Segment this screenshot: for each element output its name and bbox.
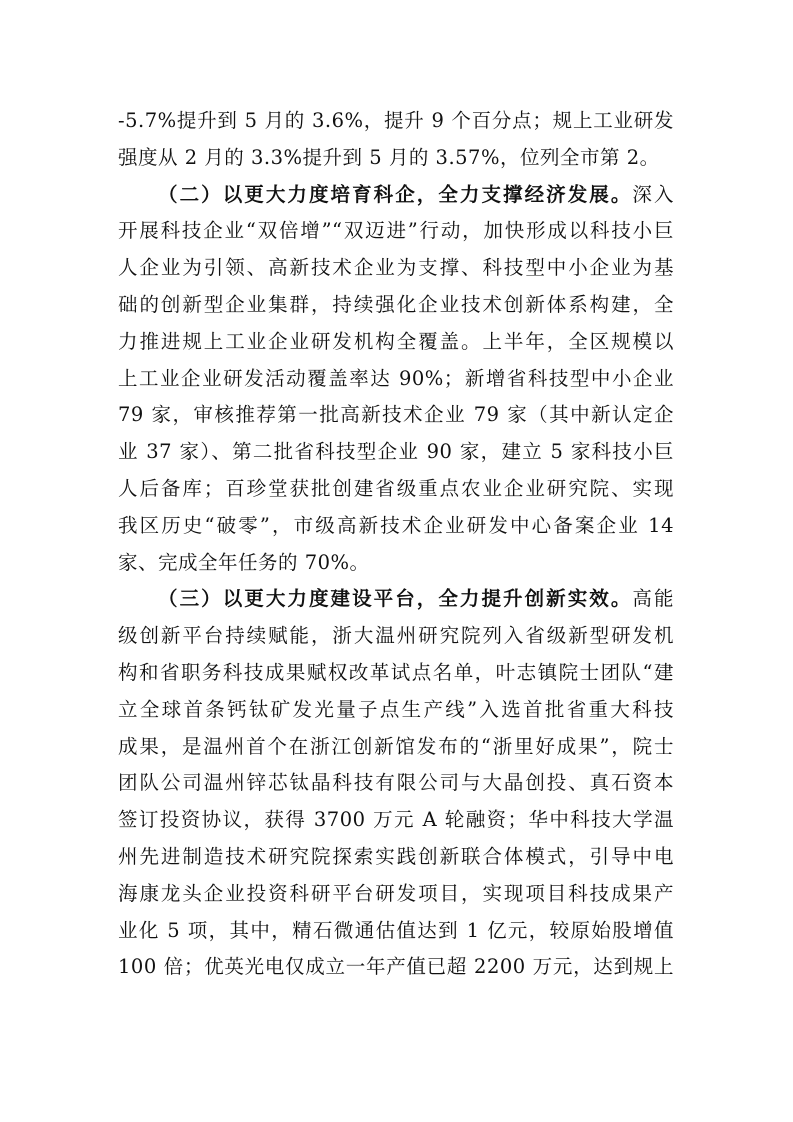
text-line: 立全球首条钙钛矿发光量子点生产线”入选首批省重大科技 <box>118 692 674 729</box>
text-line: 上工业企业研发活动覆盖率达 90%；新增省科技型中小企业 <box>118 361 674 398</box>
text-line: 人后备库；百珍堂获批创建省级重点农业企业研究院、实现 <box>118 471 674 508</box>
heading-line-rest: 深入 <box>632 183 674 206</box>
heading-line-rest: 高能 <box>632 587 674 610</box>
text-line: 州先进制造技术研究院探索实践创新联合体模式，引导中电 <box>118 839 674 876</box>
text-line: 签订投资协议，获得 3700 万元 A 轮融资；华中科技大学温 <box>118 802 674 839</box>
text-line: 成果，是温州首个在浙江创新馆发布的“浙里好成果”，院士 <box>118 729 674 766</box>
text-line: 海康龙头企业投资科研平台研发项目，实现项目科技成果产 <box>118 876 674 913</box>
text-line: 业化 5 项，其中，精石微通估值达到 1 亿元，较原始股增值 <box>118 913 674 950</box>
text-line: 础的创新型企业集群，持续强化企业技术创新体系构建，全 <box>118 287 674 324</box>
text-line: 力推进规上工业企业研发机构全覆盖。上半年，全区规模以 <box>118 324 674 361</box>
text-line: 家、完成全年任务的 70%。 <box>118 545 674 582</box>
text-line: 强度从 2 月的 3.3%提升到 5 月的 3.57%，位列全市第 2。 <box>118 140 674 177</box>
paragraph-section-3: （三）以更大力度建设平台，全力提升创新实效。高能 级创新平台持续赋能，浙大温州研… <box>118 581 674 986</box>
text-line: 业 37 家）、第二批省科技型企业 90 家，建立 5 家科技小巨 <box>118 434 674 471</box>
document-page: -5.7%提升到 5 月的 3.6%，提升 9 个百分点；规上工业研发 强度从 … <box>118 103 674 986</box>
section-heading: （三）以更大力度建设平台，全力提升创新实效。 <box>158 587 632 610</box>
section-heading: （二）以更大力度培育科企，全力支撑经济发展。 <box>158 183 632 206</box>
text-line: 开展科技企业“双倍增”“双迈进”行动，加快形成以科技小巨 <box>118 213 674 250</box>
text-line: 人企业为引领、高新技术企业为支撑、科技型中小企业为基 <box>118 250 674 287</box>
text-line: 构和省职务科技成果赋权改革试点名单，叶志镇院士团队“建 <box>118 655 674 692</box>
paragraph-continuation: -5.7%提升到 5 月的 3.6%，提升 9 个百分点；规上工业研发 强度从 … <box>118 103 674 177</box>
text-line: 级创新平台持续赋能，浙大温州研究院列入省级新型研发机 <box>118 618 674 655</box>
section-heading-line: （二）以更大力度培育科企，全力支撑经济发展。深入 <box>118 177 674 214</box>
text-line: -5.7%提升到 5 月的 3.6%，提升 9 个百分点；规上工业研发 <box>118 103 674 140</box>
paragraph-section-2: （二）以更大力度培育科企，全力支撑经济发展。深入 开展科技企业“双倍增”“双迈进… <box>118 177 674 582</box>
section-heading-line: （三）以更大力度建设平台，全力提升创新实效。高能 <box>118 581 674 618</box>
text-line: 100 倍；优英光电仅成立一年产值已超 2200 万元，达到规上 <box>118 949 674 986</box>
text-line: 我区历史“破零”，市级高新技术企业研发中心备案企业 14 <box>118 508 674 545</box>
text-line: 团队公司温州锌芯钛晶科技有限公司与大晶创投、真石资本 <box>118 765 674 802</box>
text-line: 79 家，审核推荐第一批高新技术企业 79 家（其中新认定企 <box>118 397 674 434</box>
